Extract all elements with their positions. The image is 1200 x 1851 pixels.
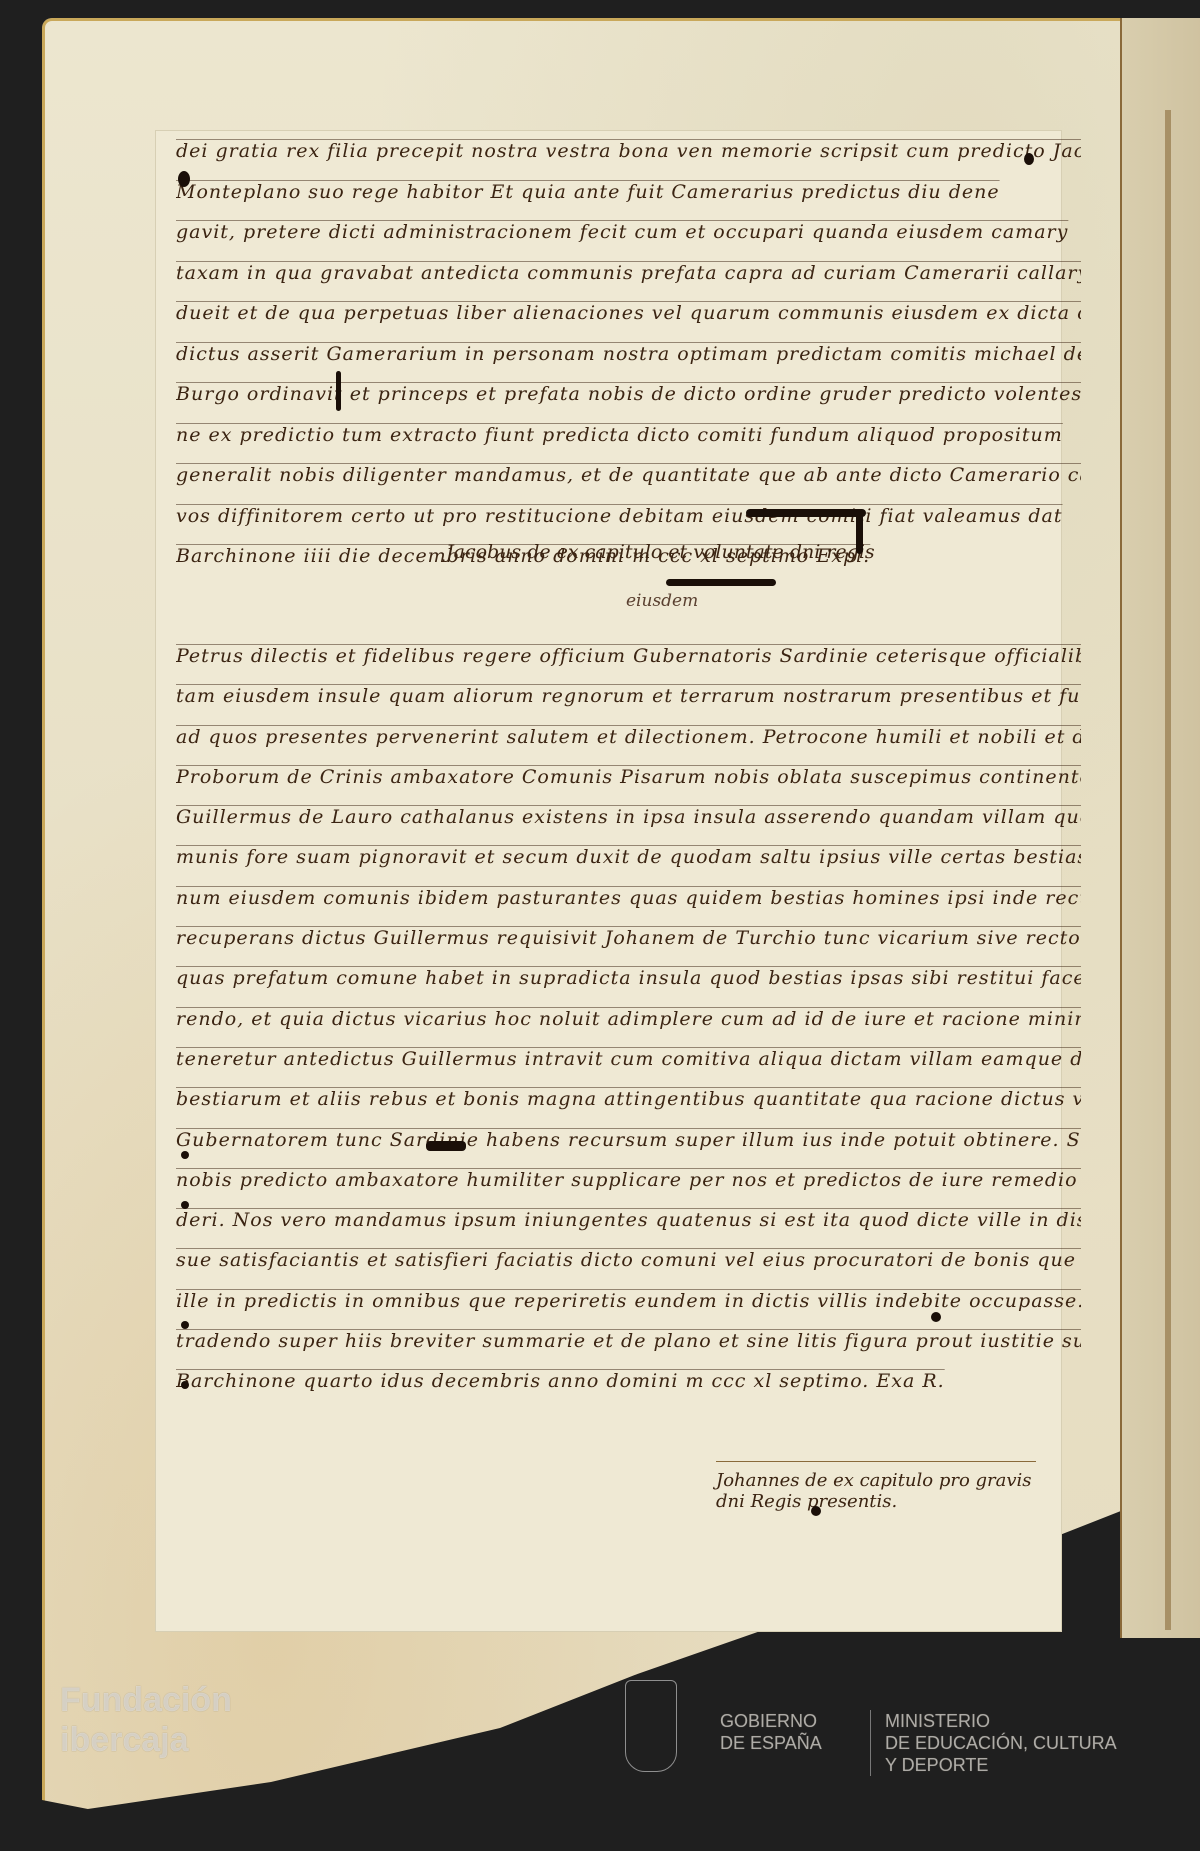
letter-2-line: recuperans dictus Guillermus requisivit …	[176, 918, 1081, 958]
letter-2-line: num eiusdem comunis ibidem pasturantes q…	[176, 878, 1081, 918]
ink-blot	[931, 1312, 941, 1322]
ink-blot	[1024, 153, 1034, 165]
letter-1-line: gavit, pretere dicti administracionem fe…	[176, 212, 1081, 253]
letter-2-line: munis fore suam pignoravit et secum duxi…	[176, 837, 1081, 877]
letter-1-line: dei gratia rex filia precepit nostra ves…	[176, 131, 1081, 172]
ink-stroke	[746, 509, 866, 517]
letter-2-line: Gubernatorem tunc Sardinie habens recurs…	[176, 1120, 1081, 1160]
letter-2-line: sue satisfaciantis et satisfieri faciati…	[176, 1240, 1081, 1280]
signature-2-line: dni Regis presentis.	[716, 1491, 1036, 1512]
letter-1-line: ne ex predictio tum extracto fiunt predi…	[176, 415, 1081, 456]
letter-2-line: ille in predictis in omnibus que reperir…	[176, 1281, 1081, 1321]
watermark-line: MINISTERIO	[885, 1710, 1117, 1732]
watermark-line: DE ESPAÑA	[720, 1732, 822, 1754]
ink-stroke	[336, 371, 341, 411]
watermark-fundacion-ibercaja: Fundación ibercaja	[60, 1680, 232, 1760]
watermark-line: ibercaja	[60, 1720, 232, 1760]
letter-2-line: Barchinone quarto idus decembris anno do…	[176, 1361, 1081, 1401]
watermark-gobierno: GOBIERNO DE ESPAÑA	[720, 1710, 822, 1754]
letter-1-line: taxam in qua gravabat antedicta communis…	[176, 253, 1081, 294]
letter-2-line: Proborum de Crinis ambaxatore Comunis Pi…	[176, 757, 1081, 797]
pasted-document-page: dei gratia rex filia precepit nostra ves…	[155, 130, 1062, 1632]
letter-2-line: bestiarum et aliis rebus et bonis magna …	[176, 1079, 1081, 1119]
letter-2-line: Petrus dilectis et fidelibus regere offi…	[176, 636, 1081, 676]
spain-coat-of-arms-icon	[625, 1680, 677, 1772]
watermark-line: Fundación	[60, 1680, 232, 1720]
ink-blot	[181, 1381, 189, 1389]
signature-2: Johannes de ex capitulo pro gravis dni R…	[716, 1461, 1036, 1512]
letter-2-line: tradendo super hiis breviter summarie et…	[176, 1321, 1081, 1361]
letter-1-line: dictus asserit Gamerarium in personam no…	[176, 334, 1081, 375]
letter-2-line: teneretur antedictus Guillermus intravit…	[176, 1039, 1081, 1079]
letter-2-line: deri. Nos vero mandamus ipsum iniungente…	[176, 1200, 1081, 1240]
letter-2-line: Guillermus de Lauro cathalanus existens …	[176, 797, 1081, 837]
letter-2-line: nobis predicto ambaxatore humiliter supp…	[176, 1160, 1081, 1200]
watermark-ministerio: MINISTERIO DE EDUCACIÓN, CULTURA Y DEPOR…	[870, 1710, 1117, 1776]
adjacent-folio-edge	[1120, 18, 1200, 1638]
ink-blot	[811, 1506, 821, 1516]
signature-1-sub: eiusdem	[626, 591, 698, 611]
letter-2-line: tam eiusdem insule quam aliorum regnorum…	[176, 676, 1081, 716]
ink-blot	[181, 1321, 189, 1329]
letter-2-line: rendo, et quia dictus vicarius hoc nolui…	[176, 999, 1081, 1039]
letter-2-line: ad quos presentes pervenerint salutem et…	[176, 717, 1081, 757]
letter-2: Petrus dilectis et fidelibus regere offi…	[156, 636, 1081, 1402]
watermark-line: Y DEPORTE	[885, 1754, 1117, 1776]
letter-1-line: dueit et de qua perpetuas liber alienaci…	[176, 293, 1081, 334]
binding-thread	[1165, 110, 1171, 1630]
letter-1-line: vos diffinitorem certo ut pro restitucio…	[176, 496, 1081, 537]
watermark-line: DE EDUCACIÓN, CULTURA	[885, 1732, 1117, 1754]
ink-blot	[178, 171, 190, 187]
signature-2-line: Johannes de ex capitulo pro gravis	[716, 1470, 1036, 1491]
ink-stroke	[426, 1141, 466, 1151]
letter-1-line: Monteplano suo rege habitor Et quia ante…	[176, 172, 1081, 213]
signature-1: Jacobus de ex capitulo et voluntate dni …	[446, 541, 875, 563]
ink-stroke	[856, 509, 863, 554]
watermark-line: GOBIERNO	[720, 1710, 822, 1732]
letter-2-line: quas prefatum comune habet in supradicta…	[176, 958, 1081, 998]
letter-1-line: generalit nobis diligenter mandamus, et …	[176, 455, 1081, 496]
ink-blot	[181, 1201, 189, 1209]
letter-1-line: Burgo ordinavit et princeps et prefata n…	[176, 374, 1081, 415]
ink-stroke	[666, 579, 776, 586]
letter-1: dei gratia rex filia precepit nostra ves…	[156, 131, 1081, 577]
ink-blot	[181, 1151, 189, 1159]
